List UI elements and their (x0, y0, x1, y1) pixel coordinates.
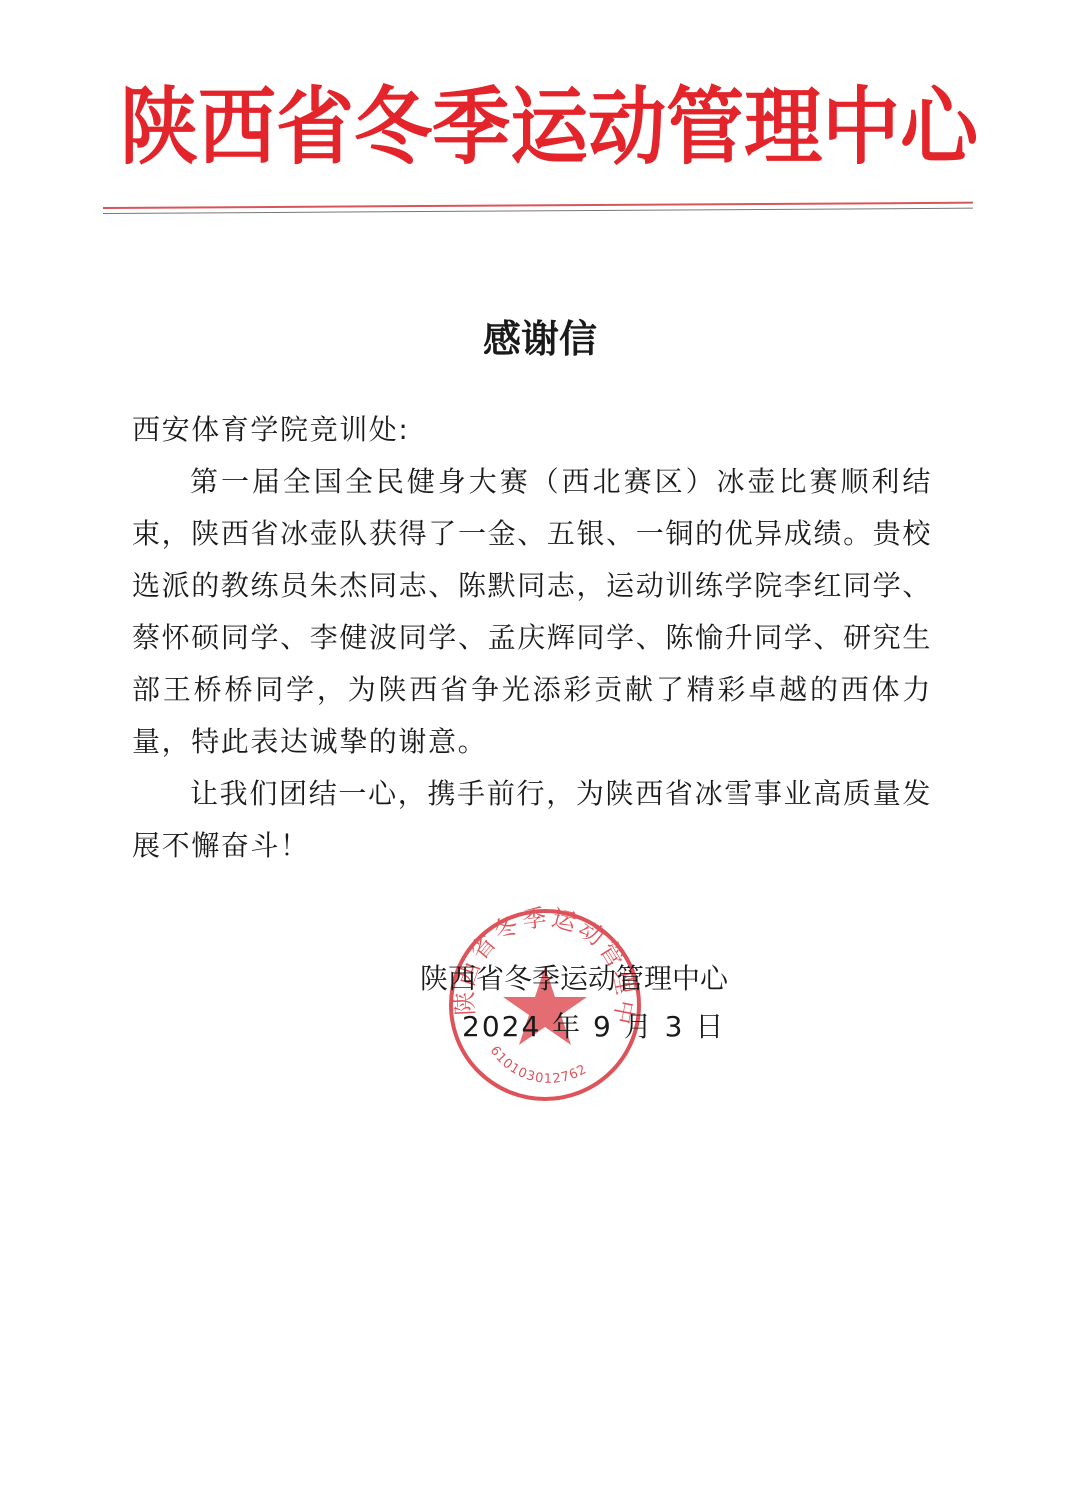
letterhead-char: 管 (666, 86, 744, 170)
signature-organization: 陕西省冬季运动管理中心 (420, 955, 728, 1003)
letter-body: 西安体育学院竞训处: 第一届全国全民健身大赛（西北赛区）冰壶比赛顺利结束，陕西省… (132, 404, 932, 872)
signature-block: 陕西省冬季运动管理中心 2024 年 9 月 3 日 (420, 955, 728, 1051)
letterhead-char: 中 (822, 86, 900, 170)
salutation: 西安体育学院竞训处: (132, 404, 932, 456)
letterhead-char: 省 (276, 86, 354, 170)
signature-date: 2024 年 9 月 3 日 (420, 1003, 728, 1051)
letterhead-char: 理 (744, 86, 822, 170)
letterhead-char: 季 (432, 86, 510, 170)
letterhead-divider-gray (103, 208, 973, 214)
body-paragraph: 让我们团结一心，携手前行，为陕西省冰雪事业高质量发展不懈奋斗！ (132, 768, 932, 872)
letter-title: 感谢信 (0, 308, 1080, 363)
letterhead-char: 陕 (120, 86, 198, 170)
letterhead-char: 西 (198, 86, 276, 170)
letterhead-char: 运 (510, 86, 588, 170)
letterhead-char: 动 (588, 86, 666, 170)
letterhead-title: 陕 西 省 冬 季 运 动 管 理 中 心 (120, 78, 960, 178)
letterhead-char: 冬 (354, 86, 432, 170)
letterhead-char: 心 (900, 86, 978, 170)
body-paragraph: 第一届全国全民健身大赛（西北赛区）冰壶比赛顺利结束，陕西省冰壶队获得了一金、五银… (132, 456, 932, 768)
